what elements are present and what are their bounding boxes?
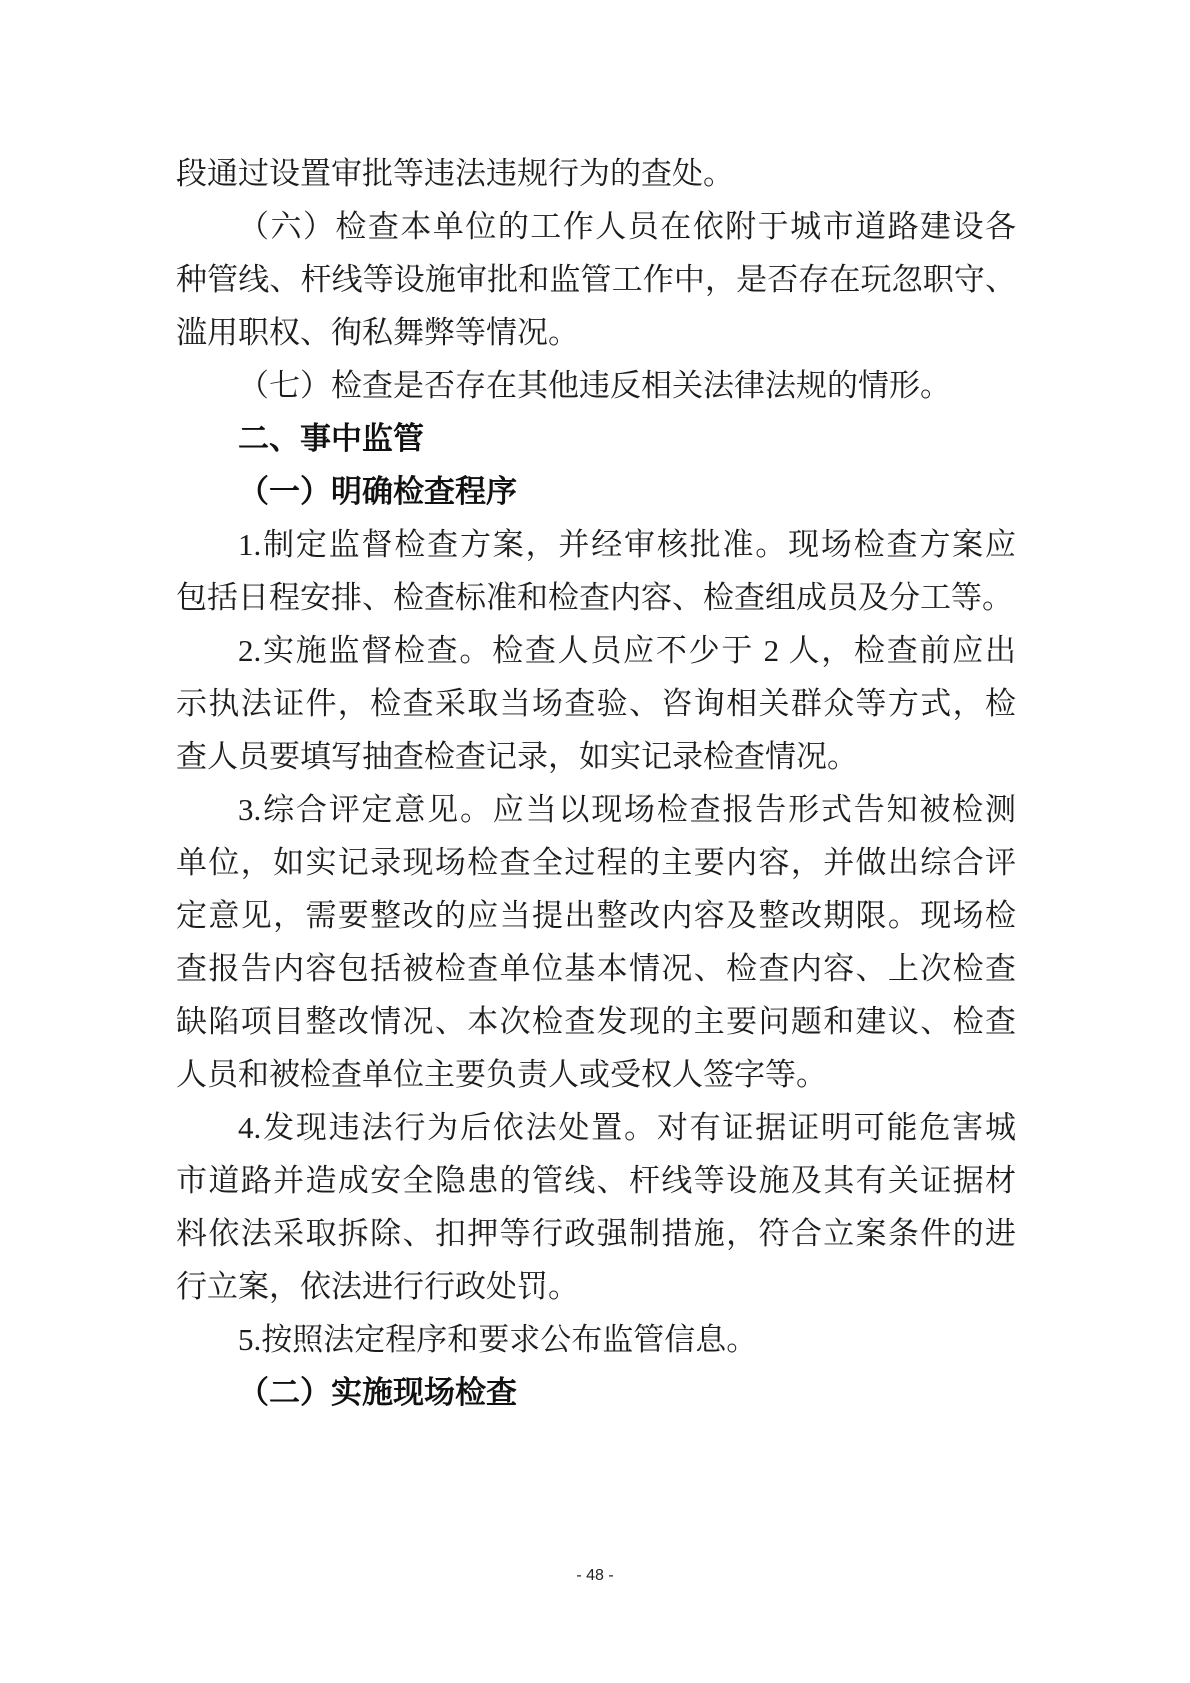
text-line: 2.实施监督检查。检查人员应不少于 2 人，检查前应出 [176,624,1016,677]
document-page: 段通过设置审批等违法违规行为的查处。（六）检查本单位的工作人员在依附于城市道路建… [0,0,1190,1683]
text-line: 4.发现违法行为后依法处置。对有证据证明可能危害城 [176,1101,1016,1154]
text-line: （七）检查是否存在其他违反相关法律法规的情形。 [176,359,1016,412]
text-line: 1.制定监督检查方案，并经审核批准。现场检查方案应 [176,518,1016,571]
text-line: 单位，如实记录现场检查全过程的主要内容，并做出综合评 [176,836,1016,889]
text-line: 市道路并造成安全隐患的管线、杆线等设施及其有关证据材 [176,1154,1016,1207]
text-line: 人员和被检查单位主要负责人或受权人签字等。 [176,1048,1016,1101]
text-line: 查报告内容包括被检查单位基本情况、检查内容、上次检查 [176,942,1016,995]
text-line: 包括日程安排、检查标准和检查内容、检查组成员及分工等。 [176,571,1016,624]
text-line: 种管线、杆线等设施审批和监管工作中，是否存在玩忽职守、 [176,253,1016,306]
heading-line: （一）明确检查程序 [176,465,1016,518]
text-line: 3.综合评定意见。应当以现场检查报告形式告知被检测 [176,783,1016,836]
document-body: 段通过设置审批等违法违规行为的查处。（六）检查本单位的工作人员在依附于城市道路建… [176,147,1016,1419]
heading-line: （二）实施现场检查 [176,1366,1016,1419]
text-line: 示执法证件，检查采取当场查验、咨询相关群众等方式，检 [176,677,1016,730]
text-line: 定意见，需要整改的应当提出整改内容及整改期限。现场检 [176,889,1016,942]
text-line: 行立案，依法进行行政处罚。 [176,1260,1016,1313]
heading-line: 二、事中监管 [176,412,1016,465]
text-line: （六）检查本单位的工作人员在依附于城市道路建设各 [176,200,1016,253]
text-line: 查人员要填写抽查检查记录，如实记录检查情况。 [176,730,1016,783]
text-line: 段通过设置审批等违法违规行为的查处。 [176,147,1016,200]
text-line: 滥用职权、徇私舞弊等情况。 [176,306,1016,359]
text-line: 料依法采取拆除、扣押等行政强制措施，符合立案条件的进 [176,1207,1016,1260]
page-number: - 48 - [0,1566,1190,1586]
text-line: 5.按照法定程序和要求公布监管信息。 [176,1313,1016,1366]
text-line: 缺陷项目整改情况、本次检查发现的主要问题和建议、检查 [176,995,1016,1048]
